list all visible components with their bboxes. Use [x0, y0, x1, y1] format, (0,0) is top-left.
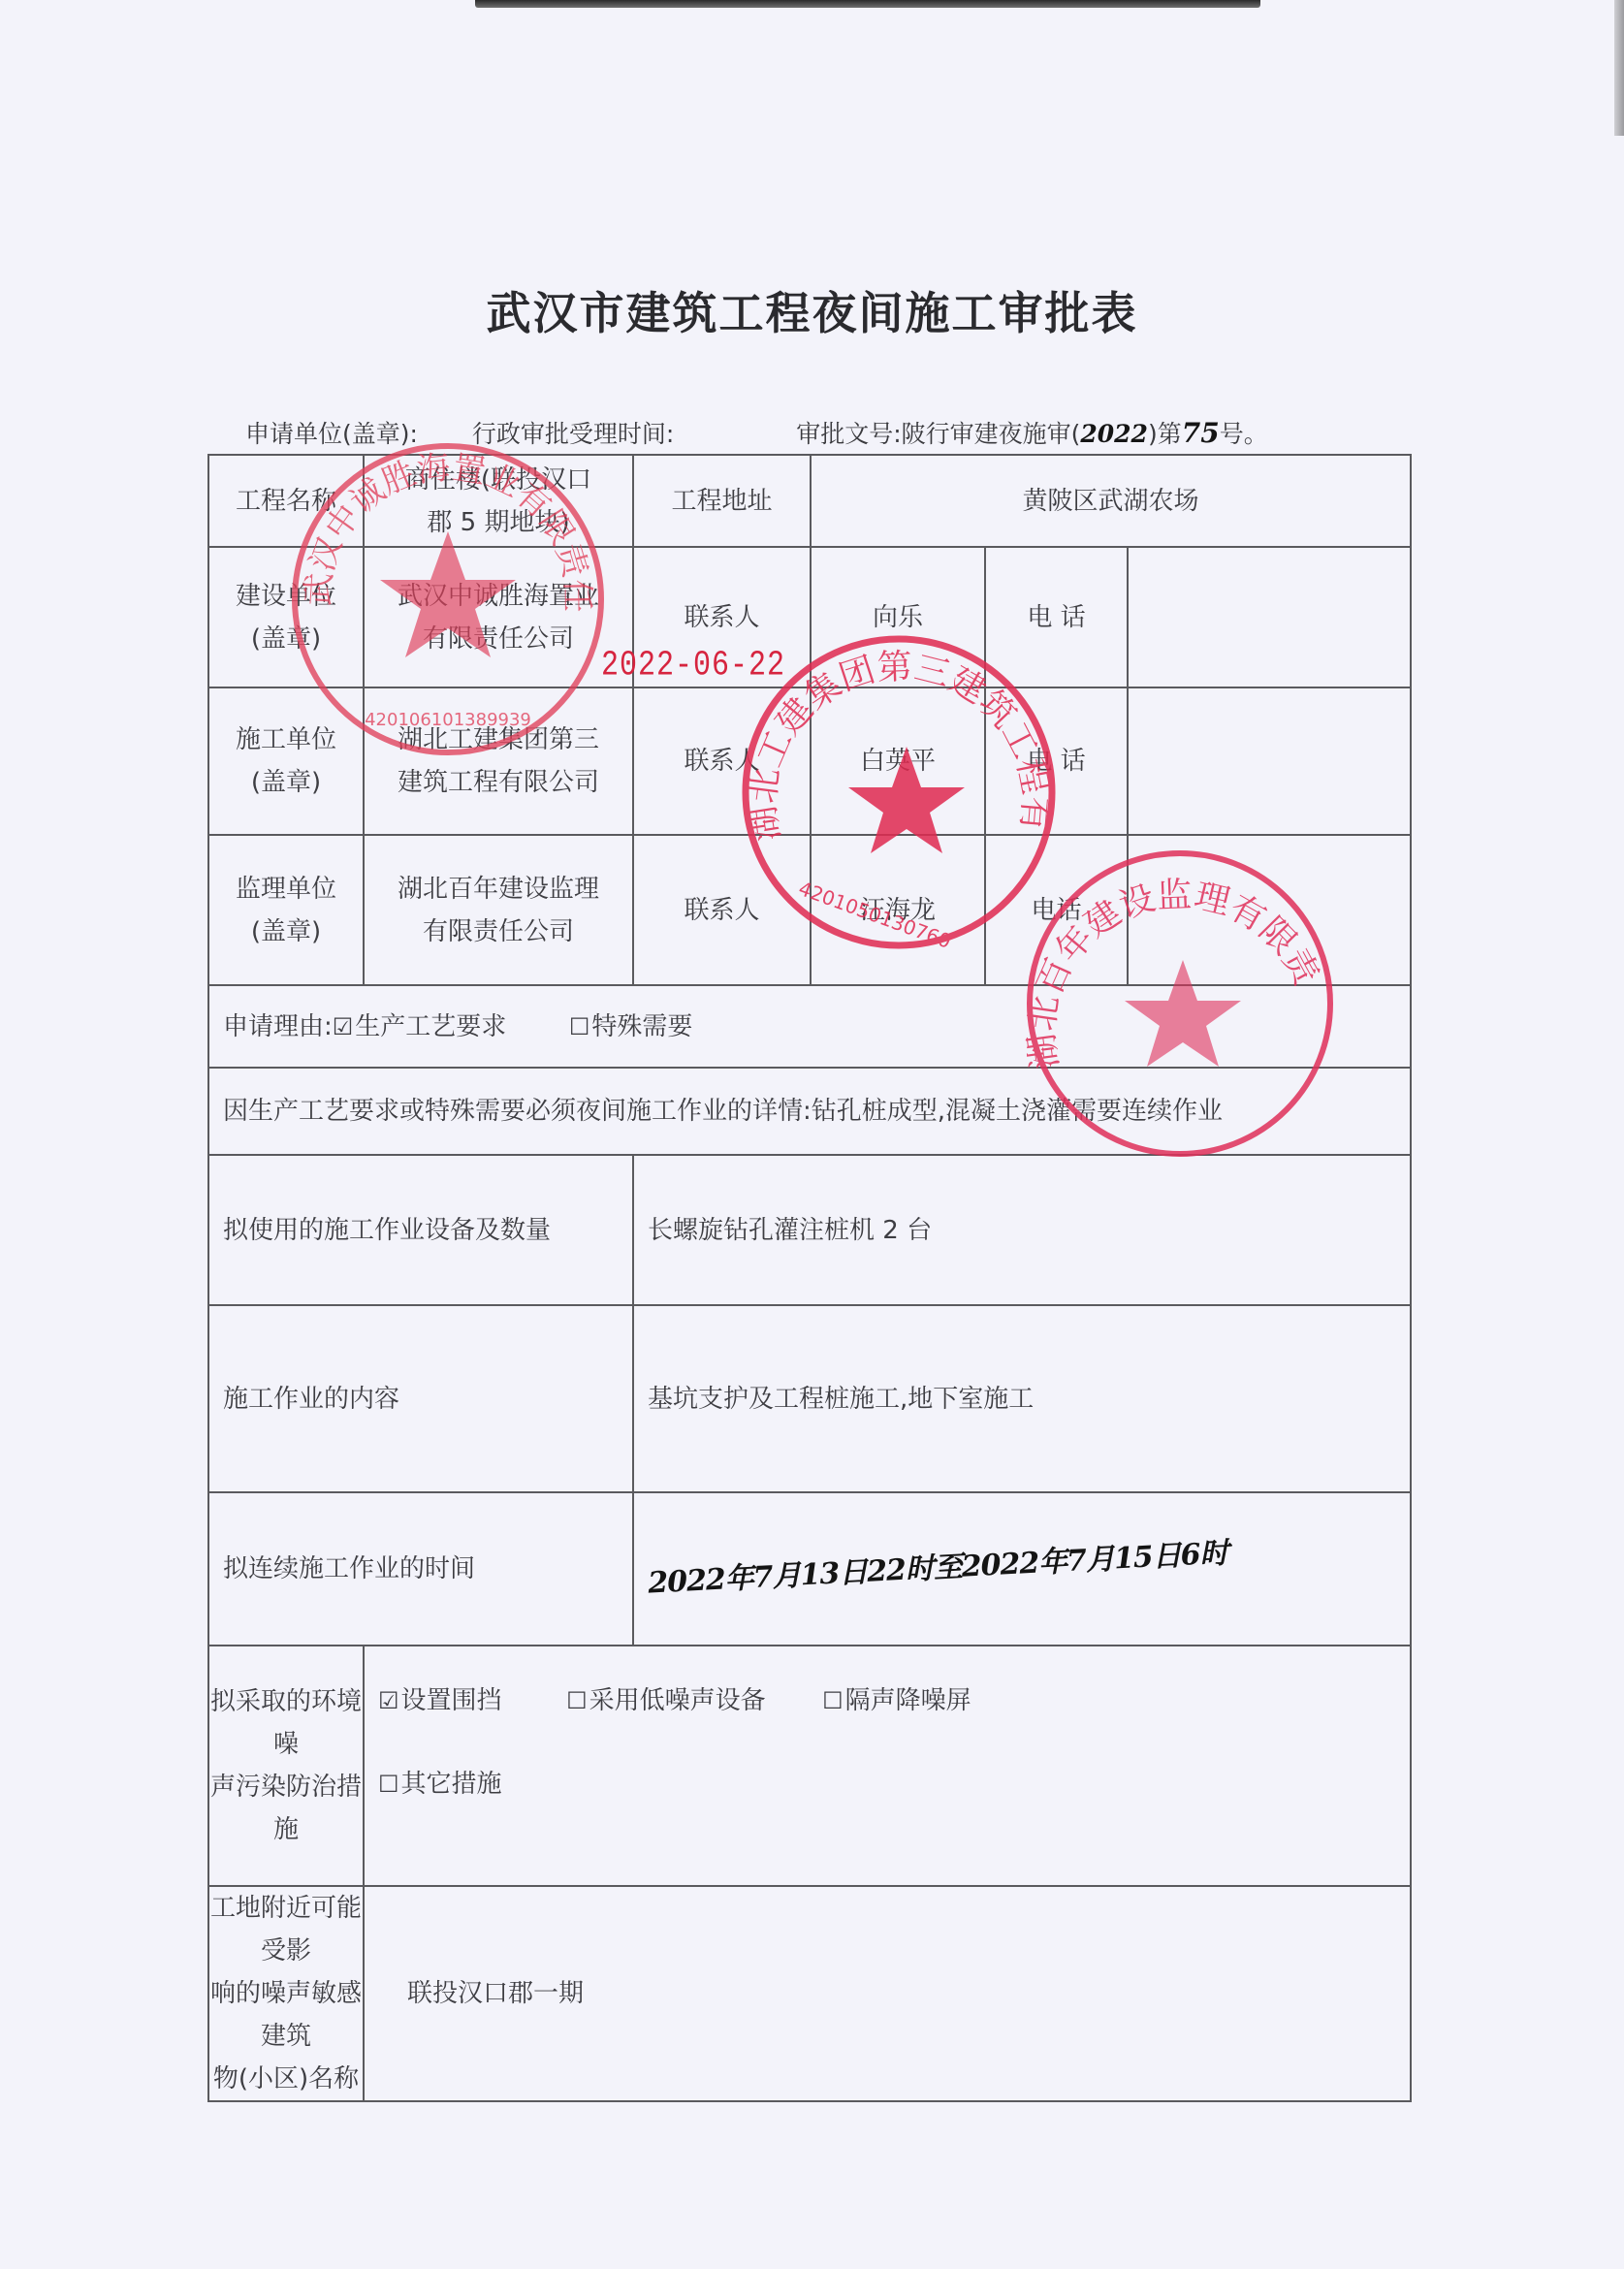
content-value: 基坑支护及工程桩施工,地下室施工 — [633, 1305, 1411, 1492]
supervisor-contact-label: 联系人 — [633, 835, 811, 985]
equipment-label: 拟使用的施工作业设备及数量 — [208, 1155, 633, 1305]
row-builder: 建设单位 (盖章) 武汉中诚胜海置业 有限责任公司 联系人 向乐 电 话 — [208, 547, 1411, 687]
row-supervisor: 监理单位 (盖章) 湖北百年建设监理 有限责任公司 联系人 汪海龙 电话 — [208, 835, 1411, 985]
project-address-label: 工程地址 — [633, 455, 811, 547]
details-label: 因生产工艺要求或特殊需要必须夜间施工作业的详情: — [223, 1097, 812, 1126]
duration-label: 拟连续施工作业的时间 — [208, 1492, 633, 1646]
constructor-name: 湖北工建集团第三 建筑工程有限公司 — [364, 687, 633, 835]
constructor-phone-label: 电 话 — [985, 687, 1128, 835]
equipment-value: 长螺旋钻孔灌注桩机 2 台 — [633, 1155, 1411, 1305]
details-cell: 因生产工艺要求或特殊需要必须夜间施工作业的详情:钻孔桩成型,混凝土浇灌需要连续作… — [208, 1068, 1411, 1155]
supervisor-label: 监理单位 (盖章) — [208, 835, 364, 985]
content-label: 施工作业的内容 — [208, 1305, 633, 1492]
row-content: 施工作业的内容 基坑支护及工程桩施工,地下室施工 — [208, 1305, 1411, 1492]
project-address-value: 黄陂区武湖农场 — [811, 455, 1411, 547]
sensitive-buildings-label: 工地附近可能受影 响的噪声敏感建筑 物(小区)名称 — [208, 1886, 364, 2101]
reason-label: 申请理由: — [223, 1012, 333, 1041]
builder-name: 武汉中诚胜海置业 有限责任公司 — [364, 547, 633, 687]
builder-phone-value — [1128, 547, 1411, 687]
noise-measures-options: ☑设置围挡 ☐采用低噪声设备 ☐隔声降噪屏 ☐其它措施 — [364, 1646, 1411, 1886]
checkbox-unchecked-icon[interactable]: ☐ — [569, 1013, 590, 1040]
supervisor-contact-value: 汪海龙 — [811, 835, 985, 985]
approval-form-table: 工程名称 商住楼(联投汉口 郡 5 期地块) 工程地址 黄陂区武湖农场 建设单位… — [207, 454, 1412, 2102]
document-title: 武汉市建筑工程夜间施工审批表 — [0, 278, 1624, 342]
checkbox-checked-icon[interactable]: ☑ — [378, 1687, 399, 1714]
scanner-edge-shadow — [475, 0, 1260, 8]
row-details: 因生产工艺要求或特殊需要必须夜间施工作业的详情:钻孔桩成型,混凝土浇灌需要连续作… — [208, 1068, 1411, 1155]
applicant-label: 申请单位(盖章): — [245, 415, 418, 450]
row-noise-measures: 拟采取的环境噪 声污染防治措施 ☑设置围挡 ☐采用低噪声设备 ☐隔声降噪屏 ☐其… — [208, 1646, 1411, 1886]
builder-phone-label: 电 话 — [985, 547, 1128, 687]
measure-option-other: 其它措施 — [401, 1770, 502, 1799]
approval-no-prefix: 审批文号:陂行审建夜施审( — [796, 415, 1080, 450]
reason-cell: 申请理由:☑生产工艺要求 ☐特殊需要 — [208, 985, 1411, 1068]
row-constructor: 施工单位 (盖章) 湖北工建集团第三 建筑工程有限公司 联系人 白英平 电 话 — [208, 687, 1411, 835]
measure-option-low-noise: 采用低噪声设备 — [589, 1686, 766, 1715]
row-duration: 拟连续施工作业的时间 2022年7月13日22时至2022年7月15日6时 — [208, 1492, 1411, 1646]
checkbox-unchecked-icon[interactable]: ☐ — [566, 1687, 588, 1714]
constructor-contact-label: 联系人 — [633, 687, 811, 835]
row-sensitive-buildings: 工地附近可能受影 响的噪声敏感建筑 物(小区)名称 联投汉口郡一期 — [208, 1886, 1411, 2101]
approval-no-suffix: 号。 — [1220, 415, 1268, 450]
checkbox-checked-icon[interactable]: ☑ — [333, 1013, 354, 1040]
duration-value-cell: 2022年7月13日22时至2022年7月15日6时 — [633, 1492, 1411, 1646]
supervisor-name: 湖北百年建设监理 有限责任公司 — [364, 835, 633, 985]
project-name-value: 商住楼(联投汉口 郡 5 期地块) — [364, 455, 633, 547]
row-project: 工程名称 商住楼(联投汉口 郡 5 期地块) 工程地址 黄陂区武湖农场 — [208, 455, 1411, 547]
noise-measures-label: 拟采取的环境噪 声污染防治措施 — [208, 1646, 364, 1886]
page-edge — [1614, 0, 1624, 136]
supervisor-phone-value — [1128, 835, 1411, 985]
row-reason: 申请理由:☑生产工艺要求 ☐特殊需要 — [208, 985, 1411, 1068]
checkbox-unchecked-icon[interactable]: ☐ — [378, 1771, 399, 1798]
measure-option-fence: 设置围挡 — [401, 1686, 502, 1715]
form-header-line: 申请单位(盖章): 行政审批受理时间: 审批文号:陂行审建夜施审(2022)第7… — [245, 415, 1268, 450]
date-stamp: 2022-06-22 — [601, 647, 785, 687]
reason-option-special: 特殊需要 — [591, 1012, 692, 1041]
approval-no-mid: )第 — [1148, 415, 1182, 450]
supervisor-phone-label: 电话 — [985, 835, 1128, 985]
details-value: 钻孔桩成型,混凝土浇灌需要连续作业 — [812, 1097, 1223, 1126]
constructor-phone-value — [1128, 687, 1411, 835]
constructor-contact-value: 白英平 — [811, 687, 985, 835]
constructor-label: 施工单位 (盖章) — [208, 687, 364, 835]
row-equipment: 拟使用的施工作业设备及数量 长螺旋钻孔灌注桩机 2 台 — [208, 1155, 1411, 1305]
reason-option-process: 生产工艺要求 — [355, 1012, 506, 1041]
checkbox-unchecked-icon[interactable]: ☐ — [822, 1687, 844, 1714]
builder-contact-value: 向乐 — [811, 547, 985, 687]
sensitive-buildings-value: 联投汉口郡一期 — [364, 1886, 1411, 2101]
approval-year: 2022 — [1080, 420, 1148, 448]
measure-option-barrier: 隔声降噪屏 — [845, 1686, 971, 1715]
approval-number: 75 — [1182, 417, 1220, 449]
builder-label: 建设单位 (盖章) — [208, 547, 364, 687]
duration-value-handwritten: 2022年7月13日22时至2022年7月15日6时 — [647, 1532, 1228, 1605]
accept-time-label: 行政审批受理时间: — [472, 415, 674, 450]
project-name-label: 工程名称 — [208, 455, 364, 547]
